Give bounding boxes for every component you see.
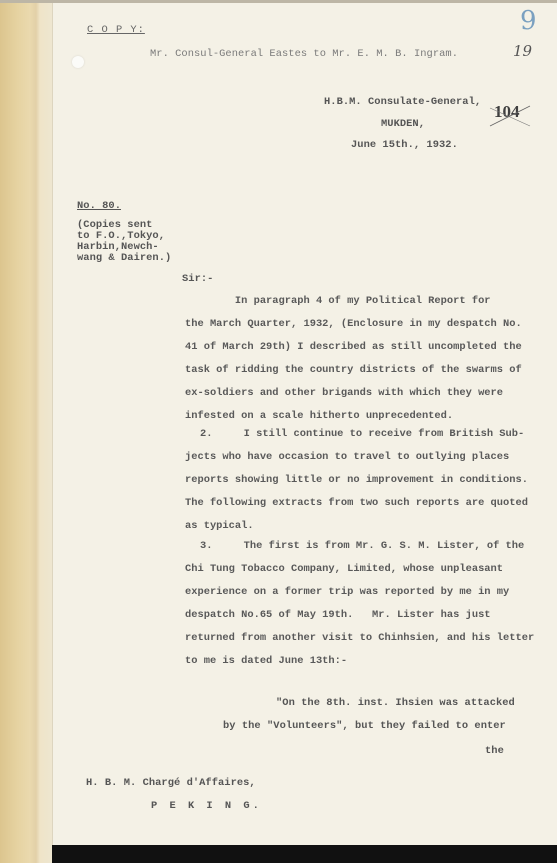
text-line: 2. I still continue to receive from Brit… (200, 428, 524, 440)
folio-number: 19 (513, 42, 532, 60)
text-line: 41 of March 29th) I described as still u… (185, 341, 522, 353)
header-line: Mr. Consul-General Eastes to Mr. E. M. B… (150, 48, 458, 60)
copies-sent-line: wang & Dairen.) (77, 252, 171, 264)
text-line: infested on a scale hitherto unprecedent… (185, 410, 453, 422)
text-line: ex-soldiers and other brigands with whic… (185, 387, 503, 399)
text-line: The following extracts from two such rep… (185, 497, 528, 509)
bottom-edge-dark (52, 845, 557, 863)
address-line-1: H.B.M. Consulate-General, (324, 96, 481, 108)
text-line: Chi Tung Tobacco Company, Limited, whose… (185, 563, 503, 575)
recipient-city: P E K I N G. (151, 800, 262, 812)
text-line: returned from another visit to Chinhsien… (185, 632, 534, 644)
address-line-2: MUKDEN, (381, 118, 425, 130)
pencil-folio-number: 9 (520, 6, 537, 36)
text-line: experience on a former trip was reported… (185, 586, 509, 598)
text-line: 3. The first is from Mr. G. S. M. Lister… (200, 540, 524, 552)
text-line: the March Quarter, 1932, (Enclosure in m… (185, 318, 522, 330)
text-line: In paragraph 4 of my Political Report fo… (185, 295, 491, 307)
document-page (52, 0, 557, 845)
despatch-number: No. 80. (77, 200, 121, 212)
letter-date: June 15th., 1932. (351, 139, 458, 151)
copy-label: C O P Y: (87, 24, 145, 36)
text-line: to me is dated June 13th:- (185, 655, 347, 667)
quote-line-1: "On the 8th. inst. Ihsien was attacked (276, 697, 515, 709)
salutation: Sir:- (182, 273, 213, 285)
text-line: reports showing little or no improvement… (185, 474, 528, 486)
text-line: jects who have occasion to travel to out… (185, 451, 509, 463)
text-line: despatch No.65 of May 19th. Mr. Lister h… (185, 609, 491, 621)
punch-hole (72, 56, 84, 68)
strike-through-mark (488, 104, 532, 128)
quote-line-2: by the "Volunteers", but they failed to … (223, 720, 506, 732)
top-edge-shadow (0, 0, 557, 3)
catchword: the (485, 745, 504, 757)
text-line: as typical. (185, 520, 254, 532)
text-line: task of ridding the country districts of… (185, 364, 522, 376)
recipient-title: H. B. M. Chargé d'Affaires, (86, 777, 256, 789)
binding-strip (0, 0, 52, 863)
